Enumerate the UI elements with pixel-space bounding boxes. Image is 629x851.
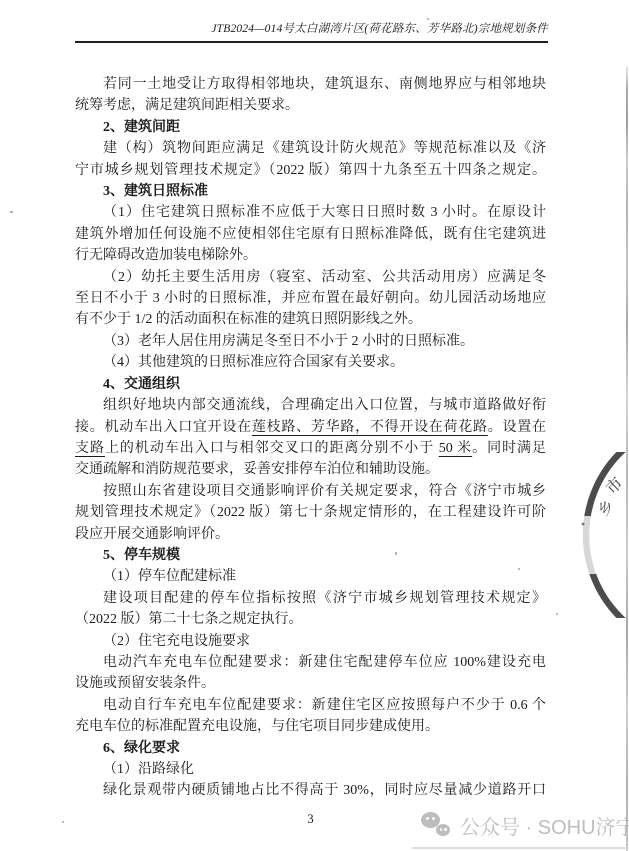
text-segment: （1）沿路绿化 bbox=[103, 762, 194, 777]
text-line: （3）老年人居住用房满足冬至日不小于 2 小时的日照标准。 bbox=[75, 331, 546, 352]
scan-speck bbox=[518, 568, 520, 570]
official-seal: 市 乡 bbox=[569, 452, 629, 618]
text-line: 若同一土地受让方取得相邻地块，建筑退东、南侧地界应与相邻地块 bbox=[75, 74, 546, 95]
text-segment: 按照山东省建设项目交通影响评价有关规定要求，符合《济宁市城乡 bbox=[103, 484, 546, 499]
text-segment: 接。机动车出入口宜开设在 bbox=[75, 420, 252, 435]
text-line: 宁市城乡规划管理技术规定》（2022 版）第四十九条至五十四条之规定。 bbox=[75, 160, 546, 181]
text-segment: 建筑外增加任何设施不应使相邻住宅原有日照标准降低，既有住宅建筑进 bbox=[75, 227, 546, 242]
text-segment: 行无障碍改造加装电梯除外。 bbox=[75, 248, 257, 263]
text-segment: 组织好地块内部交通流线，合理确定出入口位置，与城市道路做好衔 bbox=[103, 398, 546, 413]
text-segment: 统筹考虑，满足建筑间距相关要求。 bbox=[75, 98, 299, 113]
underlined-text: 支路 bbox=[75, 441, 105, 456]
text-segment: （2）幼托主要生活用房（寝室、活动室、公共活动用房）应满足冬 bbox=[103, 270, 546, 285]
text-line: 建（构）筑物间距应满足《建筑设计防火规范》等规范标准以及《济 bbox=[75, 138, 546, 159]
text-line: 规划管理技术规定》（2022 版）第七十条规定情形的，在工程建设许可阶 bbox=[75, 502, 546, 523]
text-segment: 。同时满足 bbox=[472, 441, 546, 456]
text-line: （4）其他建筑的日照标准应符合国家有关要求。 bbox=[75, 352, 546, 373]
text-segment: 若同一土地受让方取得相邻地块，建筑退东、南侧地界应与相邻地块 bbox=[103, 77, 546, 92]
text-segment: （4）其他建筑的日照标准应符合国家有关要求。 bbox=[103, 355, 404, 370]
scan-speck bbox=[395, 552, 397, 555]
text-line: 组织好地块内部交通流线，合理确定出入口位置，与城市道路做好衔 bbox=[75, 395, 546, 416]
text-line: （2）幼托主要生活用房（寝室、活动室、公共活动用房）应满足冬 bbox=[75, 267, 546, 288]
text-segment: （3）老年人居住用房满足冬至日不小于 2 小时的日照标准。 bbox=[103, 334, 474, 349]
section-heading: 3、建筑日照标准 bbox=[75, 181, 546, 202]
text-segment: 上的机动车出入口与相邻交叉口的距离分别不小于 bbox=[105, 441, 439, 456]
seal-char: 市 bbox=[603, 474, 627, 498]
text-line: 充电车位的标准配置充电设施，与住宅项目同步建成使用。 bbox=[75, 716, 546, 737]
text-segment: 3、建筑日照标准 bbox=[103, 184, 208, 199]
text-segment: 至日不小于 3 小时的日照标准，并应布置在最好朝向。幼儿园活动场地应 bbox=[75, 291, 546, 306]
text-line: 设施或预留安装条件。 bbox=[75, 673, 546, 694]
text-segment: （1）住宅建筑日照标准不应低于大寒日日照时数 3 小时。在原设计 bbox=[103, 205, 546, 220]
text-segment: 建（构）筑物间距应满足《建筑设计防火规范》等规范标准以及《济 bbox=[103, 141, 546, 156]
text-segment: 电动汽车充电车位配建要求：新建住宅配建停车位应 100%建设充电 bbox=[103, 655, 546, 670]
text-segment: 规划管理技术规定》（2022 版）第七十条规定情形的，在工程建设许可阶 bbox=[75, 505, 546, 520]
text-line: 段应开展交通影响评价。 bbox=[75, 524, 546, 545]
text-segment: （1）停车位配建标准 bbox=[103, 569, 236, 584]
text-line: 按照山东省建设项目交通影响评价有关规定要求，符合《济宁市城乡 bbox=[75, 481, 546, 502]
seal-char: 乡 bbox=[595, 497, 618, 520]
text-line: 接。机动车出入口宜开设在莲枝路、芳华路，不得开设在荷花路。设置在 bbox=[75, 417, 546, 438]
text-line: 建筑外增加任何设施不应使相邻住宅原有日照标准降低，既有住宅建筑进 bbox=[75, 224, 546, 245]
scan-edge-artifact bbox=[626, 66, 628, 851]
text-segment: 6、绿化要求 bbox=[103, 741, 180, 756]
document-page: JTB2024—014号太白湖湾片区(荷花路东、芳华路北)宗地规划条件 若同一土… bbox=[0, 0, 629, 851]
text-line: （1）停车位配建标准 bbox=[75, 566, 546, 587]
text-segment: 绿化景观带内硬质铺地占比不得高于 30%，同时应尽量减少道路开口 bbox=[103, 783, 546, 798]
page-header: JTB2024—014号太白湖湾片区(荷花路东、芳华路北)宗地规划条件 bbox=[75, 20, 548, 36]
text-line: 电动自行车充电车位配建要求：新建住宅区应按照每户不少于 0.6 个 bbox=[75, 695, 546, 716]
text-line: 有不少于 1/2 的活动面积在标准的建筑日照阴影线之外。 bbox=[75, 309, 546, 330]
text-line: （2）住宅充电设施要求 bbox=[75, 631, 546, 652]
text-segment: 4、交通组织 bbox=[103, 377, 180, 392]
text-segment: （2022 版）第二十七条之规定执行。 bbox=[75, 612, 303, 627]
scan-speck bbox=[62, 821, 64, 823]
scan-bottom-edge bbox=[412, 847, 629, 849]
scan-speck bbox=[10, 211, 13, 213]
text-segment: 5、停车规模 bbox=[103, 548, 180, 563]
text-line: 绿化景观带内硬质铺地占比不得高于 30%，同时应尽量减少道路开口 bbox=[75, 780, 546, 801]
text-segment: 。设置在 bbox=[488, 420, 546, 435]
text-line: 支路上的机动车出入口与相邻交叉口的距离分别不小于 50 米。同时满足 bbox=[75, 438, 546, 459]
text-line: 统筹考虑，满足建筑间距相关要求。 bbox=[75, 95, 546, 116]
text-segment: （2）住宅充电设施要求 bbox=[103, 634, 250, 649]
scan-speck bbox=[556, 613, 558, 615]
text-segment: 设施或预留安装条件。 bbox=[75, 676, 215, 691]
text-line: （1）住宅建筑日照标准不应低于大寒日日照时数 3 小时。在原设计 bbox=[75, 202, 546, 223]
wechat-icon bbox=[421, 812, 451, 838]
section-heading: 4、交通组织 bbox=[75, 374, 546, 395]
text-segment: 段应开展交通影响评价。 bbox=[75, 527, 229, 542]
text-line: （2022 版）第二十七条之规定执行。 bbox=[75, 609, 546, 630]
text-line: 至日不小于 3 小时的日照标准，并应布置在最好朝向。幼儿园活动场地应 bbox=[75, 288, 546, 309]
underlined-text: 莲枝路、芳华路，不得开设在荷花路 bbox=[252, 420, 488, 435]
text-line: 行无障碍改造加装电梯除外。 bbox=[75, 245, 546, 266]
text-segment: 电动自行车充电车位配建要求：新建住宅区应按照每户不少于 0.6 个 bbox=[103, 698, 546, 713]
text-segment: 2、建筑间距 bbox=[103, 120, 180, 135]
text-line: 电动汽车充电车位配建要求：新建住宅配建停车位应 100%建设充电 bbox=[75, 652, 546, 673]
header-rule bbox=[75, 41, 548, 43]
text-segment: 宁市城乡规划管理技术规定》（2022 版）第四十九条至五十四条之规定。 bbox=[75, 163, 546, 178]
text-segment: 充电车位的标准配置充电设施，与住宅项目同步建成使用。 bbox=[75, 719, 439, 734]
section-heading: 2、建筑间距 bbox=[75, 117, 546, 138]
text-line: 交通疏解和消防规范要求，妥善安排停车泊位和辅助设施。 bbox=[75, 459, 546, 480]
seal-arc bbox=[586, 452, 629, 618]
publisher-watermark: 公众号 · SOHU济宁 bbox=[421, 810, 629, 840]
text-line: 建设项目配建的停车位指标按照《济宁市城乡规划管理技术规定》 bbox=[75, 588, 546, 609]
text-segment: 交通疏解和消防规范要求，妥善安排停车泊位和辅助设施。 bbox=[75, 462, 439, 477]
section-heading: 5、停车规模 bbox=[75, 545, 546, 566]
scan-speck bbox=[427, 18, 429, 20]
text-segment: 有不少于 1/2 的活动面积在标准的建筑日照阴影线之外。 bbox=[75, 312, 422, 327]
section-heading: 6、绿化要求 bbox=[75, 738, 546, 759]
text-line: （1）沿路绿化 bbox=[75, 759, 546, 780]
document-body: 若同一土地受让方取得相邻地块，建筑退东、南侧地界应与相邻地块统筹考虑，满足建筑间… bbox=[75, 74, 546, 802]
watermark-label: 公众号 · SOHU济宁 bbox=[460, 811, 629, 840]
underlined-text: 50 米 bbox=[439, 441, 472, 456]
text-segment: 建设项目配建的停车位指标按照《济宁市城乡规划管理技术规定》 bbox=[103, 591, 546, 606]
